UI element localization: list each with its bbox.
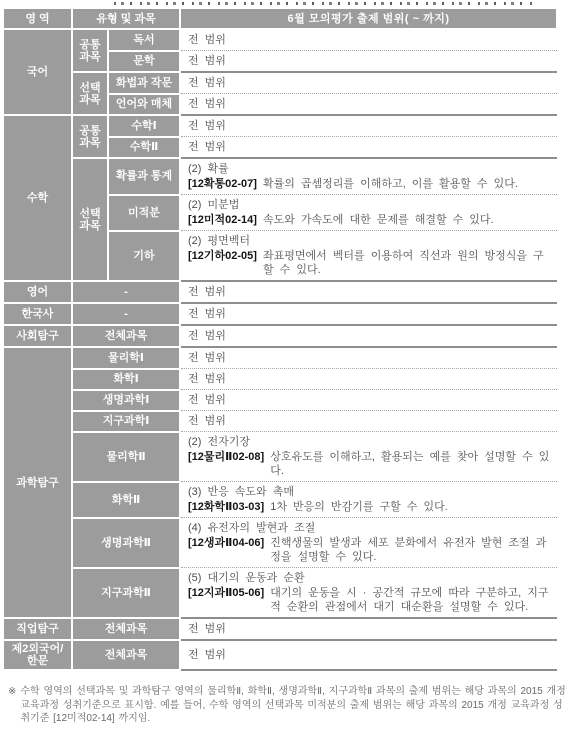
subject-cell-physics2: 물리학Ⅱ [72,432,180,482]
document-page: 영 역 유형 및 과목 6월 모의평가 출제 범위( ~ 까지) 국어 공통 과… [0,0,578,726]
clipped-title-fragment [2,0,568,7]
scope-cell: 전 범위 [180,115,557,137]
table-row: 선택 과목 확률과 통계 (2) 확률 [12확통02-07] 확률의 곱셈정리… [3,158,557,195]
table-row: 수학 공통 과목 수학Ⅰ 전 범위 [3,115,557,137]
table-row: 화학Ⅰ 전 범위 [3,369,557,390]
table-row: 과학탐구 물리학Ⅰ 전 범위 [3,347,557,369]
table-row: 화학Ⅱ (3) 반응 속도와 촉매 [12화학Ⅱ03-03] 1차 반응의 반감… [3,482,557,518]
area-cell-history: 한국사 [3,303,72,325]
type-cell-common: 공통 과목 [72,115,108,158]
header-scope: 6월 모의평가 출제 범위( ~ 까지) [180,8,557,29]
scope-cell: 전 범위 [180,281,557,303]
standard-desc: 대기의 운동을 시 · 공간적 규모에 따라 구분하고, 지구적 순환의 관점에… [270,586,550,614]
standard-code: [12기하02-05] [188,249,257,277]
type-cell-elective: 선택 과목 [72,72,108,115]
table-row: 지구과학Ⅱ (5) 대기의 운동과 순환 [12지과Ⅱ05-06] 대기의 운동… [3,568,557,619]
scope-cell-standard: (2) 미분법 [12미적02-14] 속도와 가속도에 대한 문제를 해결할 … [180,195,557,231]
footnote: ※ 수학 영역의 선택과목 및 과학탐구 영역의 물리학Ⅱ, 화학Ⅱ, 생명과학… [8,685,566,726]
subject-cell-dash: - [72,303,180,325]
scope-cell: 전 범위 [180,303,557,325]
subject-cell-reading: 독서 [108,29,180,51]
subject-cell-all: 전체과목 [72,640,180,670]
subject-cell-chemistry2: 화학Ⅱ [72,482,180,518]
unit-title: (2) 확률 [188,162,550,176]
unit-title: (4) 유전자의 발현과 조절 [188,521,550,535]
table-row: 물리학Ⅱ (2) 전자기장 [12물리Ⅱ02-08] 상호유도를 이해하고, 활… [3,432,557,482]
standard-desc: 속도와 가속도에 대한 문제를 해결할 수 있다. [263,213,550,227]
standard-desc: 1차 반응의 반감기를 구할 수 있다. [270,500,550,514]
scope-cell: 전 범위 [180,640,557,670]
scope-cell: 전 범위 [180,72,557,94]
standard-code: [12생과Ⅱ04-06] [188,536,264,564]
standard-code: [12화학Ⅱ03-03] [188,500,264,514]
scope-cell: 전 범위 [180,51,557,73]
scope-cell-standard: (2) 전자기장 [12물리Ⅱ02-08] 상호유도를 이해하고, 활용되는 예… [180,432,557,482]
table-row: 영어 - 전 범위 [3,281,557,303]
subject-cell-math1: 수학Ⅰ [108,115,180,137]
standard-code: [12물리Ⅱ02-08] [188,450,264,478]
header-type-subject: 유형 및 과목 [72,8,180,29]
subject-cell-geometry: 기하 [108,231,180,282]
footnote-marker: ※ [8,685,16,726]
table-row: 사회탐구 전체과목 전 범위 [3,325,557,347]
area-cell-science: 과학탐구 [3,347,72,618]
subject-cell-earth2: 지구과학Ⅱ [72,568,180,619]
area-cell-korean: 국어 [3,29,72,115]
subject-cell-speech-writing: 화법과 작문 [108,72,180,94]
unit-title: (2) 평면벡터 [188,234,550,248]
subject-cell-dash: - [72,281,180,303]
standard-code: [12미적02-14] [188,213,257,227]
unit-title: (5) 대기의 운동과 순환 [188,571,550,585]
subject-cell-biology1: 생명과학Ⅰ [72,390,180,411]
footnote-text: 수학 영역의 선택과목 및 과학탐구 영역의 물리학Ⅱ, 화학Ⅱ, 생명과학Ⅱ,… [20,685,566,726]
subject-cell-earth1: 지구과학Ⅰ [72,411,180,432]
subject-cell-language-media: 언어와 매체 [108,94,180,116]
standard-desc: 좌표평면에서 벡터를 이용하여 직선과 원의 방정식을 구할 수 있다. [263,249,550,277]
subject-cell-physics1: 물리학Ⅰ [72,347,180,369]
scope-cell: 전 범위 [180,94,557,116]
subject-cell-math2: 수학Ⅱ [108,137,180,159]
scope-cell: 전 범위 [180,390,557,411]
subject-cell-all: 전체과목 [72,325,180,347]
table-row: 제2외국어/ 한문 전체과목 전 범위 [3,640,557,670]
scope-cell: 전 범위 [180,137,557,159]
table-row: 한국사 - 전 범위 [3,303,557,325]
area-cell-vocational: 직업탐구 [3,618,72,640]
scope-cell: 전 범위 [180,325,557,347]
table-row: 생명과학Ⅱ (4) 유전자의 발현과 조절 [12생과Ⅱ04-06] 진핵생물의… [3,518,557,568]
subject-cell-biology2: 생명과학Ⅱ [72,518,180,568]
subject-cell-chemistry1: 화학Ⅰ [72,369,180,390]
subject-cell-literature: 문학 [108,51,180,73]
scope-cell-standard: (2) 평면벡터 [12기하02-05] 좌표평면에서 벡터를 이용하여 직선과… [180,231,557,282]
scope-cell-standard: (2) 확률 [12확통02-07] 확률의 곱셈정리를 이해하고, 이를 활용… [180,158,557,195]
scope-cell: 전 범위 [180,29,557,51]
header-area: 영 역 [3,8,72,29]
scope-cell-standard: (5) 대기의 운동과 순환 [12지과Ⅱ05-06] 대기의 운동을 시 · … [180,568,557,619]
unit-title: (2) 전자기장 [188,435,550,449]
type-cell-common: 공통 과목 [72,29,108,72]
scope-cell-standard: (3) 반응 속도와 촉매 [12화학Ⅱ03-03] 1차 반응의 반감기를 구… [180,482,557,518]
table-row: 선택 과목 화법과 작문 전 범위 [3,72,557,94]
area-cell-social: 사회탐구 [3,325,72,347]
standard-code: [12지과Ⅱ05-06] [188,586,264,614]
scope-cell: 전 범위 [180,411,557,432]
scope-cell: 전 범위 [180,347,557,369]
standard-desc: 진핵생물의 발생과 세포 분화에서 유전자 발현 조절 과정을 설명할 수 있다… [270,536,550,564]
type-cell-elective: 선택 과목 [72,158,108,281]
subject-cell-all: 전체과목 [72,618,180,640]
table-row: 직업탐구 전체과목 전 범위 [3,618,557,640]
scope-cell-standard: (4) 유전자의 발현과 조절 [12생과Ⅱ04-06] 진핵생물의 발생과 세… [180,518,557,568]
table-row: 지구과학Ⅰ 전 범위 [3,411,557,432]
table-header-row: 영 역 유형 및 과목 6월 모의평가 출제 범위( ~ 까지) [3,8,557,29]
area-cell-math: 수학 [3,115,72,281]
table-row: 생명과학Ⅰ 전 범위 [3,390,557,411]
scope-cell: 전 범위 [180,369,557,390]
standard-desc: 확률의 곱셈정리를 이해하고, 이를 활용할 수 있다. [263,177,550,191]
area-cell-lang2: 제2외국어/ 한문 [3,640,72,670]
table-row: 국어 공통 과목 독서 전 범위 [3,29,557,51]
exam-scope-table: 영 역 유형 및 과목 6월 모의평가 출제 범위( ~ 까지) 국어 공통 과… [2,7,558,671]
scope-cell: 전 범위 [180,618,557,640]
standard-desc: 상호유도를 이해하고, 활용되는 예를 찾아 설명할 수 있다. [270,450,550,478]
subject-cell-prob-stat: 확률과 통계 [108,158,180,195]
unit-title: (2) 미분법 [188,198,550,212]
subject-cell-calculus: 미적분 [108,195,180,231]
standard-code: [12확통02-07] [188,177,257,191]
area-cell-english: 영어 [3,281,72,303]
unit-title: (3) 반응 속도와 촉매 [188,485,550,499]
